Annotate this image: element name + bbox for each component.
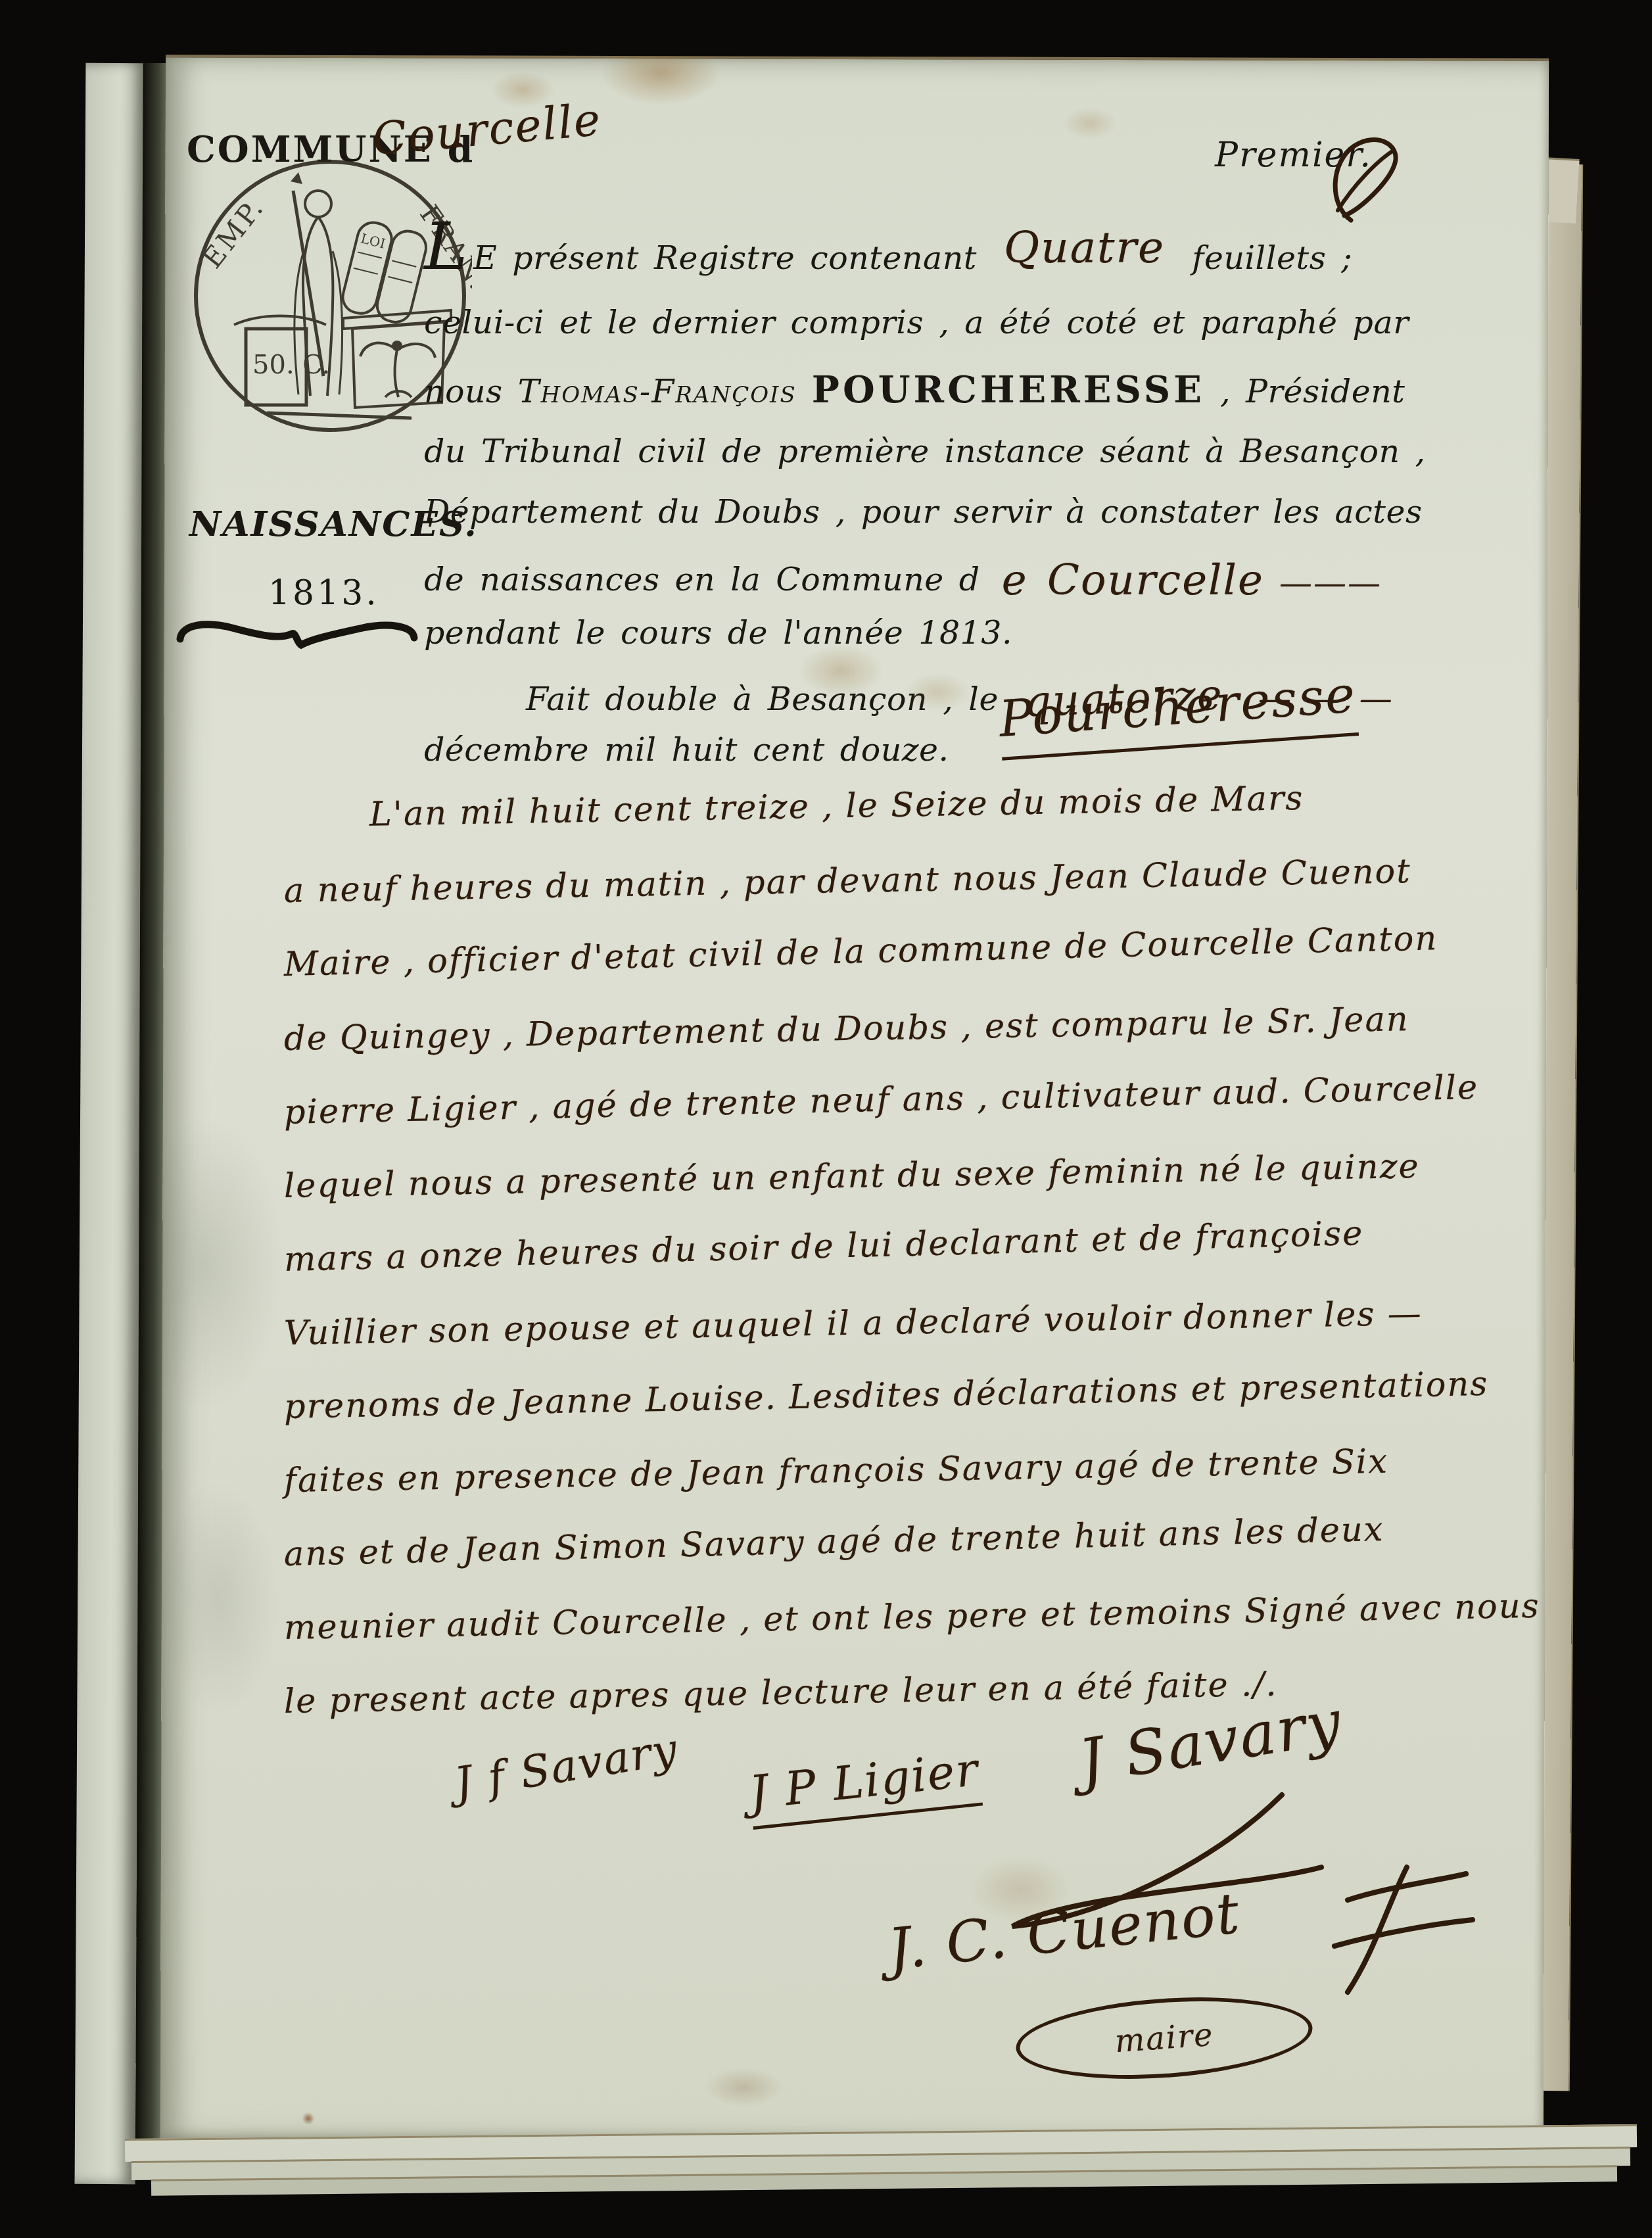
preamble-line-1-text: E présent Registre contenant xyxy=(473,239,977,277)
paraph-icon xyxy=(1315,131,1420,230)
preamble-line-3: nous Thomas-François POURCHERESSE , Prés… xyxy=(424,368,1405,412)
preamble-line-1-end: feuillets ; xyxy=(1192,239,1352,277)
filler-dash: ——— xyxy=(1279,564,1382,602)
page-scan: COMMUNE d Courcelle Premier. EMP. FRAN. … xyxy=(0,0,1652,2238)
stamp-value-text: 50. C. xyxy=(252,350,330,380)
president-first-names: Thomas-François xyxy=(518,373,797,410)
preamble-dropcap: L xyxy=(424,208,468,285)
preamble-line-8-pre: Fait double à Besançon , le xyxy=(526,680,999,718)
preamble-line-9: décembre mil huit cent douze. xyxy=(424,731,949,769)
president-surname: POURCHERESSE xyxy=(812,368,1205,412)
preamble-line-6: de naissances en la Commune d e Courcell… xyxy=(424,552,1382,601)
mayor-paraph-icon xyxy=(1308,1861,1479,2005)
mayor-title: maire xyxy=(1114,2016,1215,2060)
preamble-line-3-pre: nous xyxy=(424,373,503,410)
commune-name-handwritten: e Courcelle xyxy=(1002,556,1264,605)
preamble-line-5: Département du Doubs , pour servir à con… xyxy=(424,493,1423,531)
feuillets-count-handwritten: Quatre xyxy=(1004,222,1165,273)
preamble-line-6-pre: de naissances en la Commune d xyxy=(424,561,980,598)
preamble-line-2: celui-ci et le dernier compris , a été c… xyxy=(424,304,1409,341)
stamp-loi-text: LOI xyxy=(359,230,387,251)
preamble-line-3-end: , Président xyxy=(1220,373,1405,410)
preamble-line-1: LE présent Registre contenant Quatre feu… xyxy=(424,224,1352,279)
previous-page-edge xyxy=(75,63,147,2184)
margin-year: 1813. xyxy=(268,573,379,613)
preamble-line-7: pendant le cours de l'année 1813. xyxy=(424,614,1012,652)
preamble-line-4: du Tribunal civil de première instance s… xyxy=(424,433,1426,470)
brace-squiggle-icon xyxy=(172,609,422,661)
